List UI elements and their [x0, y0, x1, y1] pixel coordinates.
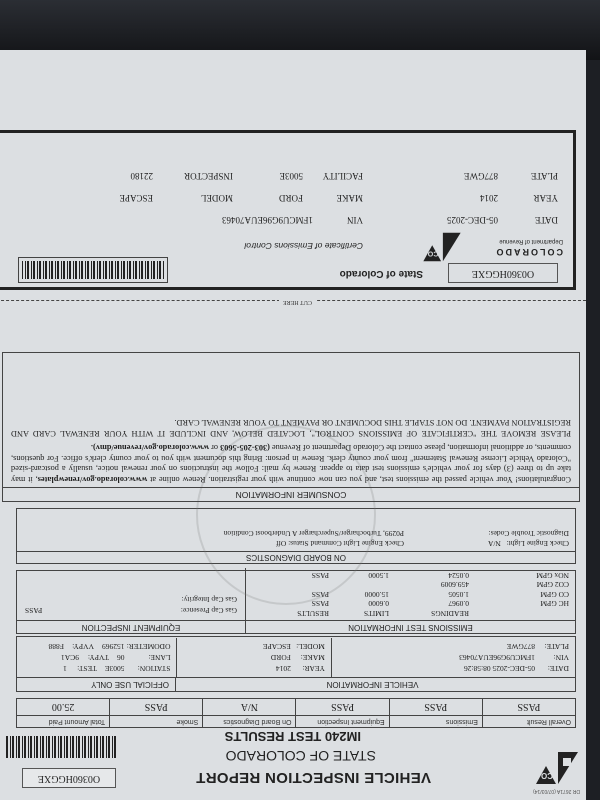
certificate-id: O0360HGGXE: [448, 263, 558, 283]
tvpy: 9CA1: [61, 652, 79, 663]
certificate-barcode: [18, 257, 168, 283]
vehicle-year: 2014: [276, 663, 291, 674]
result-overall: Overall ResultPASS: [482, 699, 575, 727]
lane: 06: [117, 652, 125, 663]
cert-facility: 5003E: [280, 171, 304, 181]
section-heading: OFFICIAL USE ONLY: [91, 678, 175, 691]
gas-cap-integrity: Gas Cap Integrity:: [25, 594, 237, 605]
section-heading: EQUIPMENT INSPECTION: [17, 621, 245, 633]
odometer: 152969: [102, 641, 125, 652]
consumer-information: CONSUMER INFORMATION Congratulations! Yo…: [2, 352, 580, 502]
barcode: [6, 736, 116, 758]
co-emissions-logo-icon: CO: [534, 750, 580, 786]
result-amount-paid: Total Amount Paid25.00: [17, 699, 109, 727]
result-obd: On Board DiagnosticsN/A: [202, 699, 295, 727]
colorado-brand: COLORADO: [495, 247, 564, 257]
cert-inspector: 22180: [131, 171, 154, 181]
cut-line: CUT HERE: [0, 295, 586, 305]
cert-date: 05-DEC-2025: [447, 215, 498, 225]
section-heading: EMISSIONS TEST INFORMATION: [245, 621, 575, 633]
result-equipment: Equipment InspectionPASS: [295, 699, 388, 727]
gas-cap-presence: Gas Cap Presence:PASS: [25, 605, 237, 616]
department-label: Department of Revenue: [499, 238, 563, 244]
section-heading: VEHICLE INFORMATION: [175, 678, 575, 691]
svg-text:CO: CO: [427, 249, 438, 257]
vehicle-information: VEHICLE INFORMATIONOFFICIAL USE ONLY DAT…: [16, 636, 576, 692]
svg-text:CO: CO: [541, 771, 553, 780]
cert-model: ESCAPE: [119, 193, 153, 203]
test-number: 1: [63, 663, 67, 674]
check-engine-light: N/A: [488, 539, 501, 548]
station: 5003E: [105, 663, 125, 674]
certificate-title: Certificate of Emissions Control: [244, 241, 363, 251]
inspection-document: DR 2671A (07/03/14) CO VEHICLE INSPECTIO…: [0, 0, 600, 800]
vehicle-plate: 877GWE: [507, 641, 535, 652]
result-smoke: SmokePASS: [109, 699, 202, 727]
paper-sheet: DR 2671A (07/03/14) CO VEHICLE INSPECTIO…: [0, 50, 586, 800]
section-heading: CONSUMER INFORMATION: [3, 487, 579, 501]
vehicle-make: FORD: [271, 652, 291, 663]
cert-vin: 1FMCU9G96EUA70463: [222, 215, 313, 225]
report-title: VEHICLE INSPECTION REPORT: [196, 769, 431, 786]
certificate-state: State of Colorado: [340, 268, 423, 279]
vehicle-date: 05-DEC-2025 08:58:26: [464, 663, 535, 674]
dmv-link: www.colorado.gov/revenue/dmv).: [91, 444, 209, 453]
result-emissions: EmissionsPASS: [389, 699, 482, 727]
certificate-of-emissions-control: O0360HGGXE State of Colorado COLORADO De…: [0, 130, 576, 290]
remove-certificate-notice: PLEASE REMOVE THE "CERTIFICATE OF EMISSI…: [11, 417, 571, 438]
vvpy: F888: [49, 641, 64, 652]
cert-year: 2014: [480, 193, 498, 203]
document-id: O0360HGGXE: [22, 768, 116, 788]
vehicle-vin: 1FMCU9G96EUA70463: [459, 652, 535, 663]
co-emissions-logo-icon: CO: [421, 231, 463, 263]
vehicle-model: ESCAPE: [263, 641, 291, 652]
cert-plate: 877GWE: [464, 171, 498, 181]
results-summary: Overall ResultPASS EmissionsPASS Equipme…: [16, 698, 576, 728]
renew-plates-link: www.colorado.gov/renewplates: [38, 475, 148, 484]
cert-make: FORD: [279, 193, 303, 203]
report-state: STATE OF COLORADO: [226, 748, 376, 764]
report-test-type: IM240 TEST RESULTS: [225, 729, 361, 744]
form-number: DR 2671A (07/03/14): [533, 788, 580, 794]
